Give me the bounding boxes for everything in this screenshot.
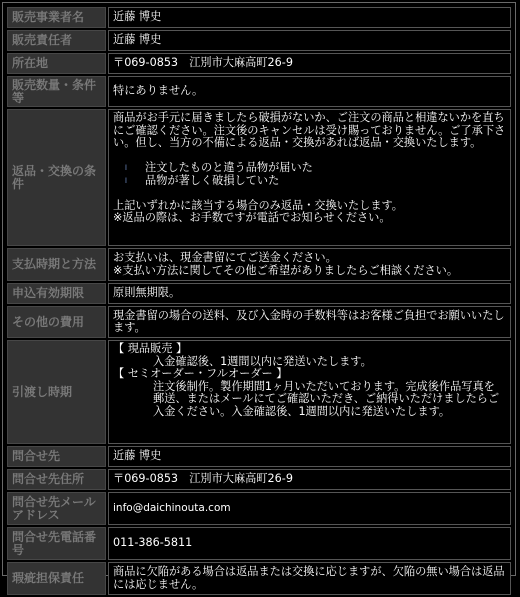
label-other-costs: その他の費用: [7, 306, 106, 338]
payment-text: お支払いは、現金書留にてご送金ください。: [113, 252, 506, 265]
label-contact-email: 問合せ先メールアドレス: [7, 492, 106, 525]
label-contact: 問合せ先: [7, 446, 106, 467]
row-sales-manager: 販売責任者 近藤 博史: [7, 30, 511, 51]
row-other-costs: その他の費用 現金書留の場合の送料、及び入金時の手数料等はお客様ご負担でお願いい…: [7, 306, 511, 338]
label-contact-address: 問合せ先住所: [7, 469, 106, 490]
return-reason-text: 注文したものと違う品物が届いた: [145, 161, 313, 174]
row-payment: 支払時期と方法 お支払いは、現金書留にてご送金ください。 ※支払い方法に関してそ…: [7, 248, 511, 281]
row-contact-email: 問合せ先メールアドレス info@daichinouta.com: [7, 492, 511, 525]
label-seller-name: 販売事業者名: [7, 7, 106, 28]
label-payment: 支払時期と方法: [7, 248, 106, 281]
row-validity: 申込有効期限 原則無期限。: [7, 283, 511, 304]
row-address: 所在地 〒069-0853 江別市大麻高町26-9: [7, 53, 511, 74]
row-seller-name: 販売事業者名 近藤 博史: [7, 7, 511, 28]
delivery-heading-custom: 【 セミオーダー・フルオーダー 】: [113, 368, 506, 381]
label-warranty: 瑕疵担保責任: [7, 562, 106, 580]
label-delivery-time: 引渡し時期: [7, 340, 106, 444]
value-sales-manager: 近藤 博史: [108, 30, 511, 51]
label-quantity-conditions: 販売数量・条件等: [7, 76, 106, 107]
value-contact-address: 〒069-0853 江別市大麻高町26-9: [108, 469, 511, 490]
row-warranty: 瑕疵担保責任 商品に欠陥がある場合は返品または交換に応じますが、欠陥の無い場合は…: [7, 562, 511, 580]
row-return-conditions: 返品・交換の条件 商品がお手元に届きましたら破損がないか、ご注文の商品と相違ない…: [7, 109, 511, 246]
return-reasons-list: l 注文したものと違う品物が届いた l 品物が著しく破損していた: [113, 162, 506, 187]
label-contact-phone: 問合せ先電話番号: [7, 527, 106, 560]
value-payment: お支払いは、現金書留にてご送金ください。 ※支払い方法に関してその他ご希望があり…: [108, 248, 511, 281]
value-quantity-conditions: 特にありません。: [108, 76, 511, 107]
value-contact-phone: 011-386-5811: [108, 527, 511, 560]
return-reason-text: 品物が著しく破損していた: [145, 174, 279, 187]
value-contact: 近藤 博史: [108, 446, 511, 467]
label-return-conditions: 返品・交換の条件: [7, 109, 106, 246]
value-validity: 原則無期限。: [108, 283, 511, 304]
row-contact-phone: 問合せ先電話番号 011-386-5811: [7, 527, 511, 560]
commerce-law-table: 販売事業者名 近藤 博史 販売責任者 近藤 博史 所在地 〒069-0853 江…: [5, 5, 513, 580]
value-return-conditions: 商品がお手元に届きましたら破損がないか、ご注文の商品と相違ないかを直ちにご確認く…: [108, 109, 511, 246]
label-address: 所在地: [7, 53, 106, 74]
row-delivery-time: 引渡し時期 【 現品販売 】 入金確認後、1週間以内に発送いたします。 【 セミ…: [7, 340, 511, 444]
value-address: 〒069-0853 江別市大麻高町26-9: [108, 53, 511, 74]
commerce-law-table-frame: 販売事業者名 近藤 博史 販売責任者 近藤 博史 所在地 〒069-0853 江…: [2, 2, 516, 576]
return-note-text: ※返品の際は、お手数ですが電話でお知らせください。: [113, 212, 506, 225]
label-sales-manager: 販売責任者: [7, 30, 106, 51]
delivery-text-custom: 注文後制作。製作期間1ヶ月いただいております。完成後作品写真を郵送、またはメール…: [113, 381, 506, 419]
value-delivery-time: 【 現品販売 】 入金確認後、1週間以内に発送いたします。 【 セミオーダー・フ…: [108, 340, 511, 444]
return-reason-item: l 品物が著しく破損していた: [113, 175, 506, 188]
label-validity: 申込有効期限: [7, 283, 106, 304]
payment-note-text: ※支払い方法に関してその他ご希望がありましたらご相談ください。: [113, 265, 506, 278]
value-seller-name: 近藤 博史: [108, 7, 511, 28]
value-other-costs: 現金書留の場合の送料、及び入金時の手数料等はお客様ご負担でお願いいたします。: [108, 306, 511, 338]
row-contact: 問合せ先 近藤 博史: [7, 446, 511, 467]
bullet-icon: l: [125, 162, 133, 175]
value-contact-email: info@daichinouta.com: [108, 492, 511, 525]
row-contact-address: 問合せ先住所 〒069-0853 江別市大麻高町26-9: [7, 469, 511, 490]
spacer: [113, 187, 506, 200]
delivery-heading-ready-made: 【 現品販売 】: [113, 343, 506, 356]
return-intro-text: 商品がお手元に届きましたら破損がないか、ご注文の商品と相違ないかを直ちにご確認く…: [113, 112, 506, 150]
row-quantity-conditions: 販売数量・条件等 特にありません。: [7, 76, 511, 107]
value-warranty: 商品に欠陥がある場合は返品または交換に応じますが、欠陥の無い場合は返品には応じま…: [108, 562, 511, 580]
bullet-icon: l: [125, 175, 133, 188]
